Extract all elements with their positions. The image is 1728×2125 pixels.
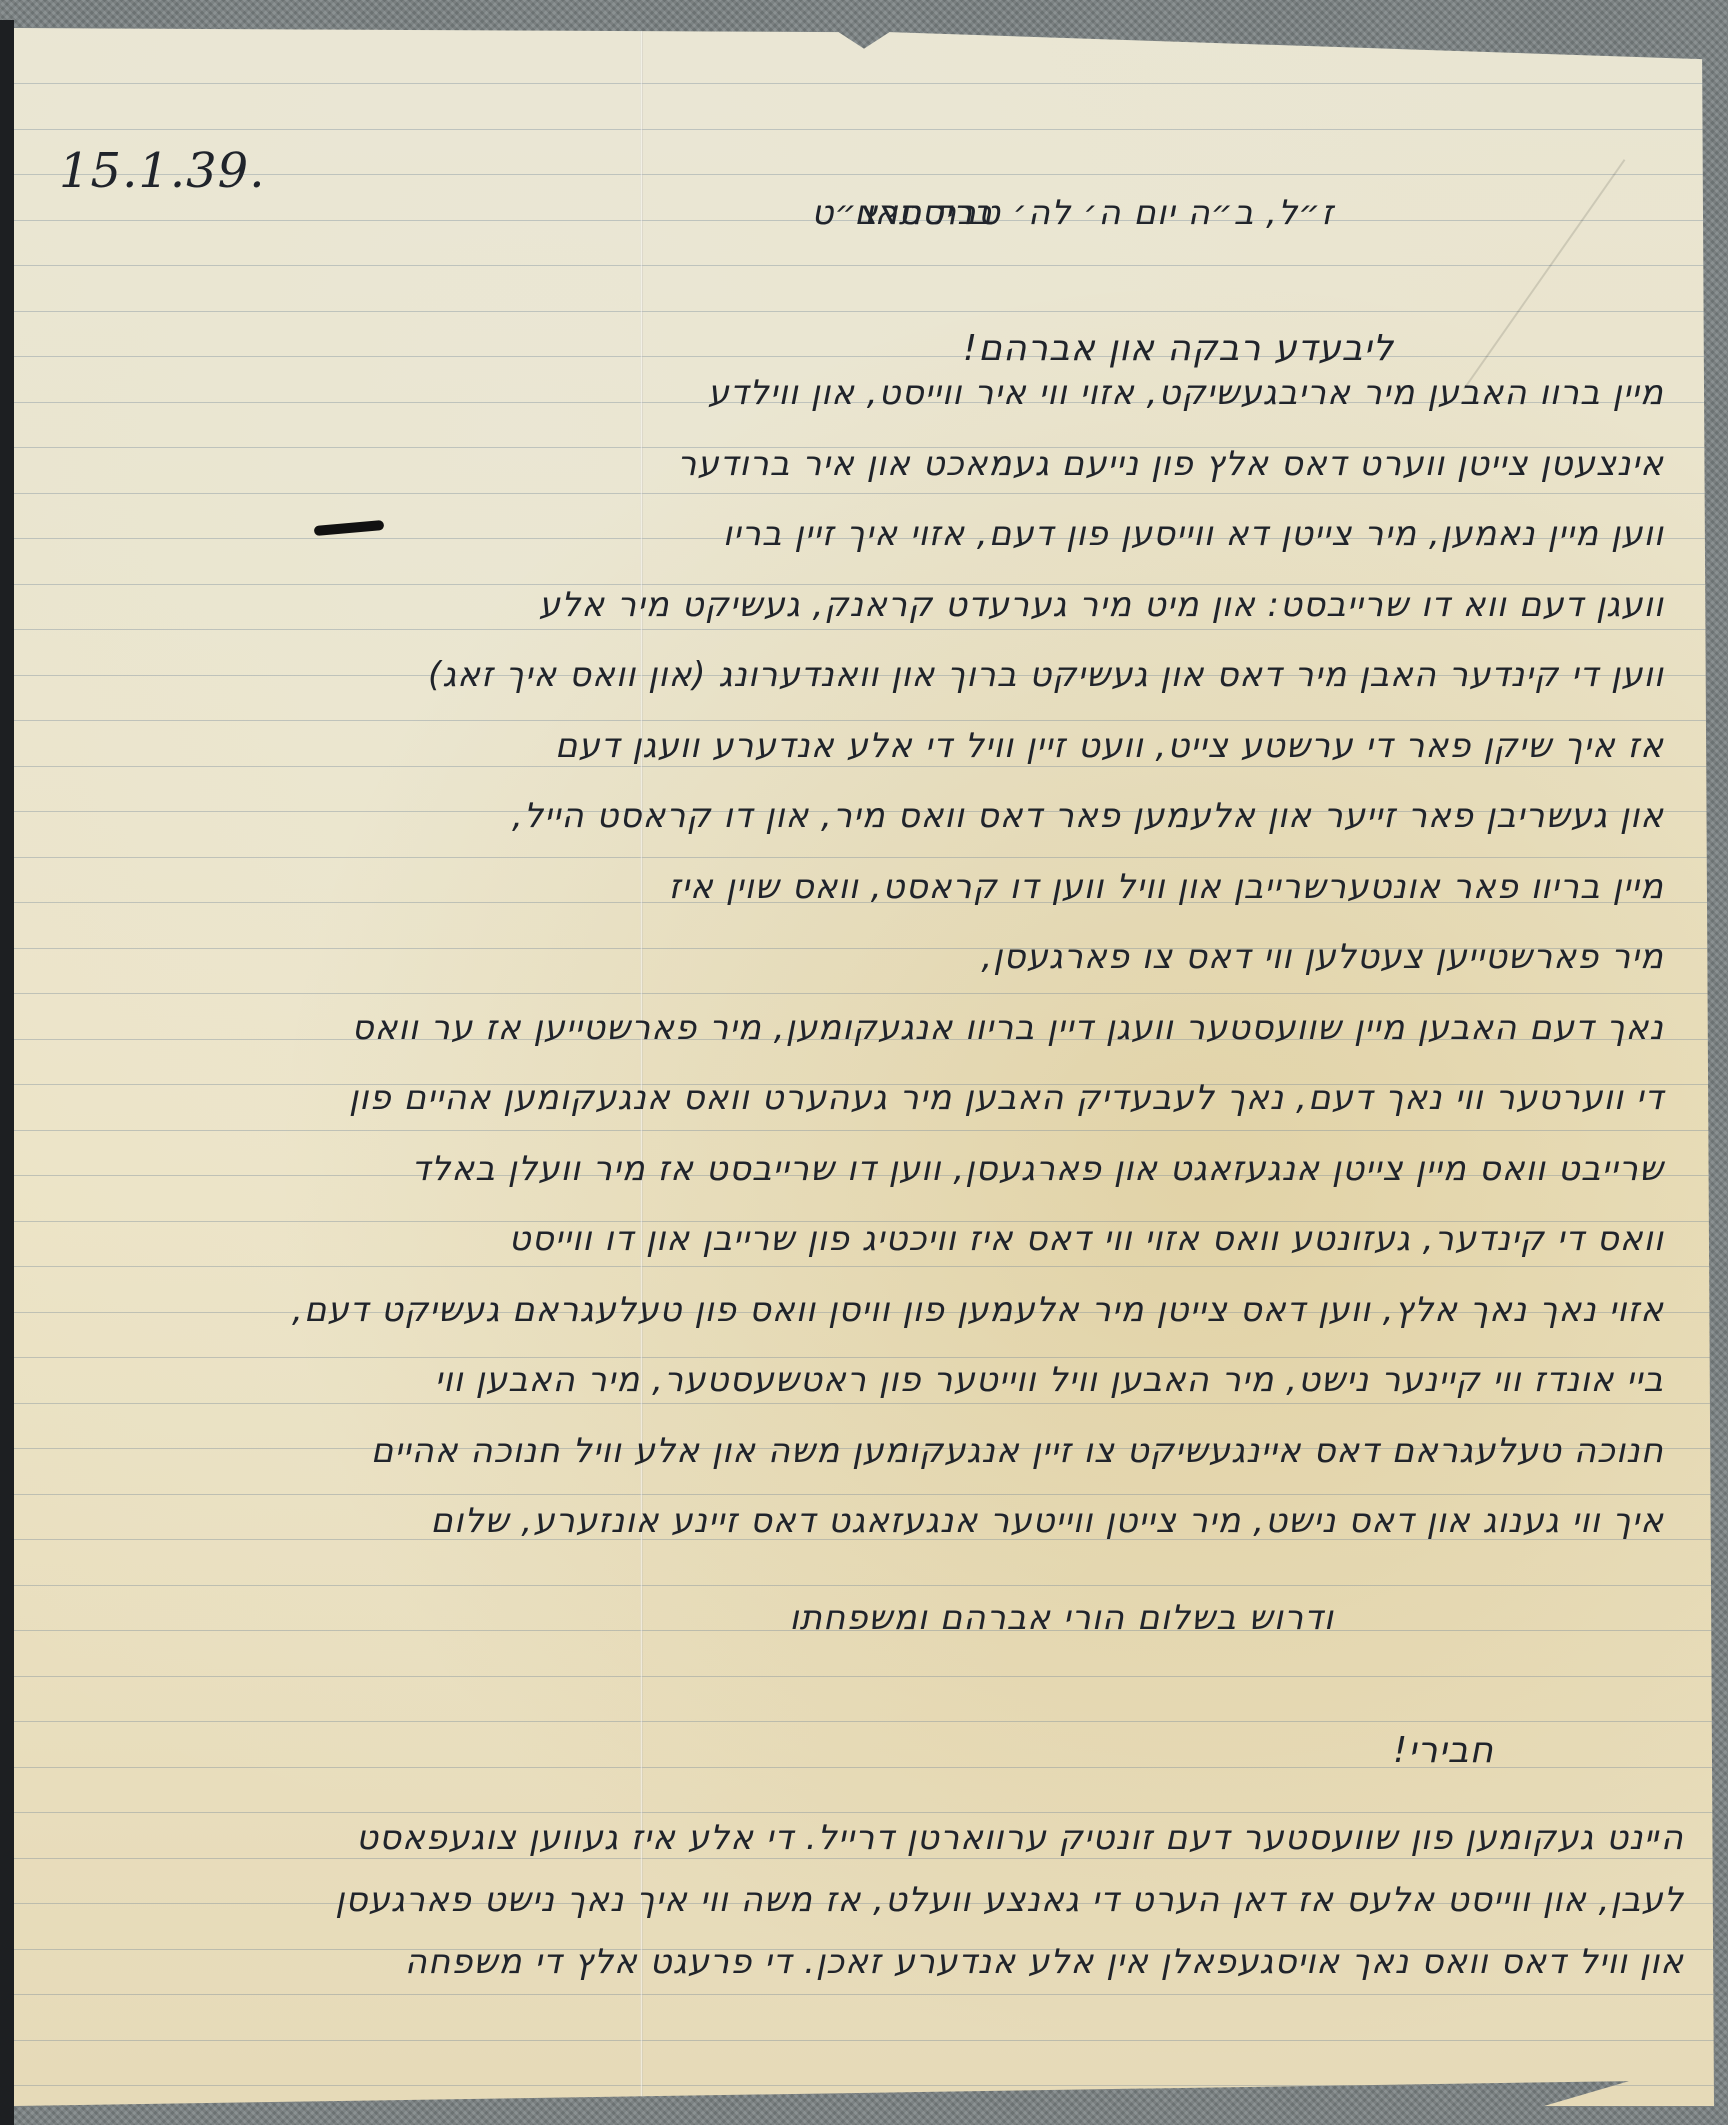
ruled-line bbox=[14, 1585, 1714, 1586]
ruled-line bbox=[14, 2040, 1714, 2041]
ruled-line bbox=[14, 629, 1714, 630]
letter-line: אזוי נאך נאך אלץ, ווען דאס צייטן מיר אלע… bbox=[292, 1290, 1664, 1330]
letter-paper: 15.1.39. ז״ל, ב״ה יום ה׳ לה׳ טבת תרצ״ט ב… bbox=[14, 28, 1714, 2106]
ruled-line bbox=[14, 1812, 1714, 1813]
ruled-line bbox=[14, 174, 1714, 175]
ruled-line bbox=[14, 1721, 1714, 1722]
ruled-line bbox=[14, 356, 1714, 357]
vertical-fold bbox=[640, 28, 643, 2106]
ruled-line bbox=[14, 311, 1714, 312]
letter-line: חנוכה טעלעגראם דאס איינגעשיקט צו זיין אנ… bbox=[371, 1431, 1664, 1471]
ruled-line bbox=[14, 857, 1714, 858]
letter-line: שרייבט וואס מיין צייטן אנגעזאגט און פארג… bbox=[412, 1149, 1665, 1189]
ruled-line bbox=[14, 1994, 1714, 1995]
ruled-line bbox=[14, 265, 1714, 266]
ruled-line bbox=[14, 1403, 1714, 1404]
letter-line: מיין בריוו פאר אונטערשרייבן און וויל ווע… bbox=[669, 867, 1664, 907]
letter-line: נאך דעם האבען מיין שוועסטער וועגן דיין ב… bbox=[352, 1008, 1664, 1048]
ruled-line bbox=[14, 129, 1714, 130]
ruled-line bbox=[14, 1130, 1714, 1131]
postscript-line: הײנט געקומען פון שוועסטער דעם זונטיק ערו… bbox=[356, 1818, 1684, 1858]
background-edge bbox=[0, 20, 14, 2125]
ruled-line bbox=[14, 993, 1714, 994]
letter-salutation: ליבעדע רבקה און אברהם! bbox=[963, 328, 1394, 369]
ruled-line bbox=[14, 766, 1714, 767]
ruled-line bbox=[14, 493, 1714, 494]
letter-line: אינצעטן צייטן ווערט דאס אלץ פון נייעם גע… bbox=[677, 444, 1664, 484]
postscript-salutation: חבירי! bbox=[1393, 1730, 1494, 1771]
letter-line: מיין ברוו האבען מיר אריבגעשיקט, אזוי ווי… bbox=[708, 373, 1664, 413]
letter-closing: ודרוש בשלום הורי אברהם ומשפחתו bbox=[789, 1598, 1334, 1638]
letter-line: ווען מיין נאמען, מיר צייטן דא ווייסען פו… bbox=[723, 514, 1664, 554]
ruled-line bbox=[14, 1357, 1714, 1358]
letter-line: וואס די קינדער, געזונטע וואס אזוי ווי דא… bbox=[509, 1219, 1664, 1259]
ruled-line bbox=[14, 1266, 1714, 1267]
ruled-line bbox=[14, 1676, 1714, 1677]
ink-underline-mark bbox=[314, 520, 385, 536]
letter-line: און געשריבן פאר זייער און אלעמען פאר דאס… bbox=[512, 796, 1664, 836]
postscript-line: און וויל דאס וואס נאך אויסגעפאלן אין אלע… bbox=[405, 1942, 1684, 1982]
letter-line: איך ווי גענוג און דאס נישט, מיר צייטן וו… bbox=[430, 1501, 1664, 1541]
letter-line: די ווערטער ווי נאך דעם, נאך לעבעדיק האבע… bbox=[349, 1078, 1664, 1118]
letter-date: 15.1.39. bbox=[59, 143, 265, 199]
diagonal-crease bbox=[1463, 159, 1625, 390]
letter-line: מיר פארשטייען צעטלען ווי דאס צו פארגעסן, bbox=[981, 937, 1664, 977]
letter-line: וועגן דעם ווא דו שרייבסט: און מיט מיר גע… bbox=[539, 585, 1664, 625]
ruled-line bbox=[14, 1494, 1714, 1495]
letter-line: אז איך שיקן פאר די ערשטע צייט, וועט זיין… bbox=[555, 726, 1664, 766]
ruled-line bbox=[14, 83, 1714, 84]
ruled-line bbox=[14, 720, 1714, 721]
letter-place: בריסטאוו bbox=[854, 193, 994, 233]
ruled-line bbox=[14, 2085, 1714, 2086]
postscript-line: לעבן, און ווייסט אלעס אז דאן הערט די גאנ… bbox=[335, 1880, 1684, 1920]
letter-line: ווען די קינדער האבן מיר דאס און געשיקט ב… bbox=[428, 655, 1664, 695]
letter-line: ביי אונדז ווי קיינער נישט, מיר האבען ווי… bbox=[435, 1360, 1664, 1400]
